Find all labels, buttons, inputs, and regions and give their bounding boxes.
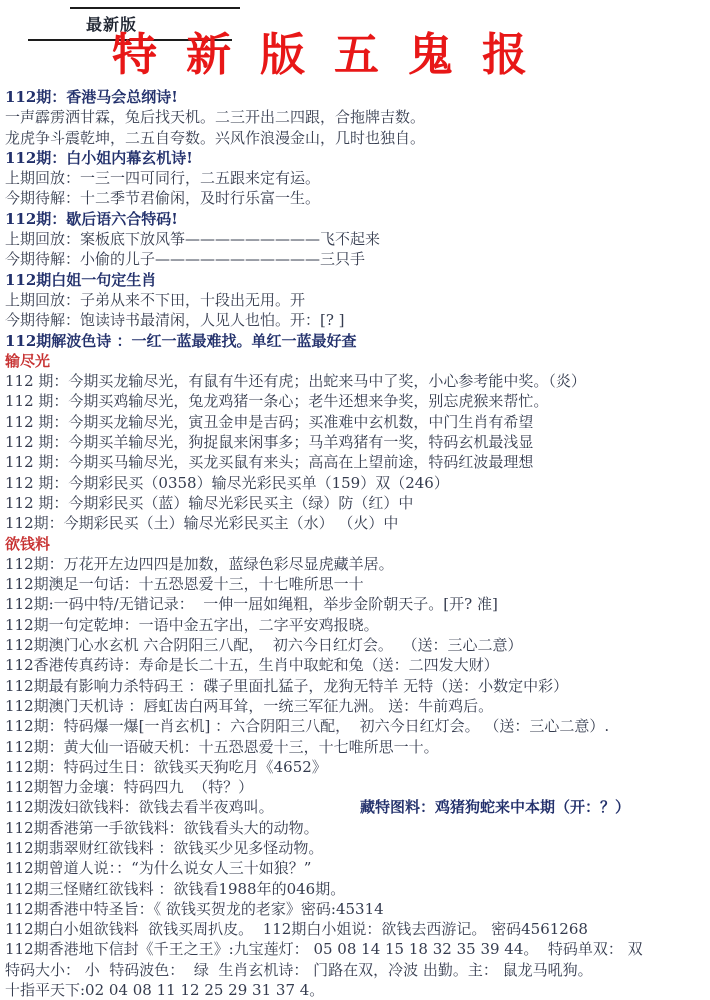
text-line: 112 期：今期买马输尽光，买龙买鼠有来头；高高在上望前途，特码红波最理想 [5, 452, 710, 472]
line-text: 112期泼妇欲钱料：欲钱去看半夜鸡叫。 [5, 798, 274, 816]
text-line: 一声霹雳洒甘霖，兔后找天机。二三开出二四跟，合拖牌吉数。 [5, 107, 710, 127]
line-text: 112期香港地下信封《千王之王》:九宝莲灯： 05 08 14 15 18 32… [5, 940, 643, 958]
line-text: 上期回放：案板底下放风筝—————————飞不起来 [5, 230, 380, 248]
line-text: 上期回放：一三一四可同行，二五跟来定有运。 [5, 169, 320, 187]
text-line: 112期：黄大仙一语破天机：十五恐恩爱十三，十七唯所思一十。 [5, 737, 710, 757]
text-line: 112期澳足一句话：十五恐恩爱十三，十七唯所思一十 [5, 574, 710, 594]
line-text: 112期智力金壤：特码四九 （特？） [5, 778, 253, 796]
line-text: 欲钱料 [5, 535, 50, 553]
text-line: 龙虎争斗震乾坤，二五自夸数。兴风作浪漫金山，几时也独自。 [5, 128, 710, 148]
line-text: 112期：歇后语六合特码! [5, 210, 178, 228]
text-line: 输尽光 [5, 351, 710, 371]
line-text: 112期解波色诗 ：一红一蓝最难找。单红一蓝最好查 [5, 332, 357, 350]
line-text: 112期：万花开左边四四是加数，蓝绿色彩尽显虎藏羊居。 [5, 555, 394, 573]
page-title: 特新版五鬼报 [112, 30, 556, 80]
badge-top-rule [70, 7, 240, 9]
line-text: 输尽光 [5, 352, 50, 370]
line-text: 今期待解：小偷的儿子———————————三只手 [5, 250, 365, 268]
line-text: 112期澳门天机诗 ：唇虹齿白两耳耸，一统三军征九洲。 送：牛前鸡后。 [5, 697, 493, 715]
text-line: 112期澳门天机诗 ：唇虹齿白两耳耸，一统三军征九洲。 送：牛前鸡后。 [5, 696, 710, 716]
line-text: 112期:一码中特/无错记录： 一伸一屈如绳粗，举步金阶朝天子。[开? 准] [5, 595, 498, 613]
line-text: 112香港传真药诗：寿命是长二十五，生肖中取蛇和兔（送：二四发大财） [5, 656, 499, 674]
text-line: 欲钱料 [5, 534, 710, 554]
text-line: 112 期：今期买鸡输尽光，兔龙鸡猪一条心；老牛还想来争奖，别忘虎猴来帮忙。 [5, 391, 710, 411]
text-line: 112期三怪赌红欲钱料 ：欲钱看1988年的046期。 [5, 879, 710, 899]
text-line: 112期白小姐欲钱料 欲钱买周扒皮。 112期白小姐说：欲钱去西游记。 密码45… [5, 919, 710, 939]
line-text: 上期回放：子弟从来不下田，十段出无用。开 [5, 291, 305, 309]
text-line: 112期一句定乾坤：一语中金五字出，二字平安鸡报晓。 [5, 615, 710, 635]
text-line: 上期回放：一三一四可同行，二五跟来定有运。 [5, 168, 710, 188]
line-text: 112期：黄大仙一语破天机：十五恐恩爱十三，十七唯所思一十。 [5, 738, 439, 756]
report-sheet: 最新版 特新版五鬼报 112期：香港马会总纲诗!一声霹雳洒甘霖，兔后找天机。二三… [0, 0, 710, 1000]
text-line: 112期：歇后语六合特码! [5, 209, 710, 229]
text-line: 特码大小： 小 特码波色： 绿 生肖玄机诗： 门路在双，冷波 出勤。主： 鼠龙马… [5, 960, 710, 980]
text-line: 上期回放：案板底下放风筝—————————飞不起来 [5, 229, 710, 249]
line-text: 112期澳门心水玄机 六合阴阳三八配， 初六今日红灯会。 （送：三心二意） [5, 636, 522, 654]
line-text: 龙虎争斗震乾坤，二五自夸数。兴风作浪漫金山，几时也独自。 [5, 129, 425, 147]
text-line: 112期：万花开左边四四是加数，蓝绿色彩尽显虎藏羊居。 [5, 554, 710, 574]
line-text: 今期待解：十二季节君偷闲，及时行乐富一生。 [5, 189, 320, 207]
text-line: 今期待解：饱读诗书最清闲，人见人也怕。开：[? ] [5, 310, 710, 330]
line-text: 112期一句定乾坤：一语中金五字出，二字平安鸡报晓。 [5, 616, 379, 634]
line-text: 112 期：今期买马输尽光，买龙买鼠有来头；高高在上望前途，特码红波最理想 [5, 453, 533, 471]
text-line: 112期:一码中特/无错记录： 一伸一屈如绳粗，举步金阶朝天子。[开? 准] [5, 594, 710, 614]
text-line: 112 期：今期买龙输尽光，寅丑金申是吉码；买准难中玄机数，中门生肖有希望 [5, 412, 710, 432]
line-text: 112期：特码过生日：欲钱买天狗吃月《4652》 [5, 758, 327, 776]
line-text: 112期白小姐欲钱料 欲钱买周扒皮。 112期白小姐说：欲钱去西游记。 密码45… [5, 920, 588, 938]
line-text: 112期：白小姐内幕玄机诗! [5, 149, 193, 167]
line-text: 112期白姐一句定生肖 [5, 271, 156, 289]
text-line: 112期：今期彩民买（土）输尽光彩民买主（水） （火）中 [5, 513, 710, 533]
line-text: 112期最有影响力杀特码王 ：碟子里面扎猛子，龙狗无特羊 无特（送：小数定中彩） [5, 677, 568, 695]
text-line: 112期香港第一手欲钱料：欲钱看头大的动物。 [5, 818, 710, 838]
text-line: 112期澳门心水玄机 六合阴阳三八配， 初六今日红灯会。 （送：三心二意） [5, 635, 710, 655]
line-text: 112 期：今期买鸡输尽光，兔龙鸡猪一条心；老牛还想来争奖，别忘虎猴来帮忙。 [5, 392, 548, 410]
line-text: 112 期：今期彩民买（蓝）输尽光彩民买主（绿）防（红）中 [5, 494, 413, 512]
text-line: 112期香港地下信封《千王之王》:九宝莲灯： 05 08 14 15 18 32… [5, 939, 710, 959]
line-text: 112期翡翠财红欲钱料 ：欲钱买少见多怪动物。 [5, 839, 323, 857]
text-line: 十指平天下:02 04 08 11 12 25 29 31 37 4。 [5, 980, 710, 1000]
line-text: 112期澳足一句话：十五恐恩爱十三，十七唯所思一十 [5, 575, 364, 593]
line-text: 112期：香港马会总纲诗! [5, 88, 178, 106]
line-text: 112 期：今期买龙输尽光，寅丑金申是吉码；买准难中玄机数，中门生肖有希望 [5, 413, 533, 431]
text-line: 112期曾道人说：：“为什么说女人三十如狼？” [5, 858, 710, 878]
text-line: 112期最有影响力杀特码王 ：碟子里面扎猛子，龙狗无特羊 无特（送：小数定中彩） [5, 676, 710, 696]
text-line: 112期：白小姐内幕玄机诗! [5, 148, 710, 168]
text-line: 112期解波色诗 ：一红一蓝最难找。单红一蓝最好查 [5, 331, 710, 351]
text-line: 112 期：今期买羊输尽光，狗捉鼠来闲事多；马羊鸡猪有一奖，特码玄机最浅显 [5, 432, 710, 452]
text-line: 112期：特码爆一爆[一肖玄机] ：六合阴阳三八配， 初六今日红灯会。 （送：三… [5, 716, 710, 736]
content-lines: 112期：香港马会总纲诗!一声霹雳洒甘霖，兔后找天机。二三开出二四跟，合拖牌吉数… [5, 87, 710, 1000]
line-text: 112期曾道人说：：“为什么说女人三十如狼？” [5, 859, 311, 877]
text-line: 112期白姐一句定生肖 [5, 270, 710, 290]
side-note: 藏特图料：鸡猪狗蛇来中本期（开：？） [360, 797, 630, 817]
text-line: 今期待解：十二季节君偷闲，及时行乐富一生。 [5, 188, 710, 208]
text-line: 112期香港中特圣旨：《 欲钱买贺龙的老家》密码:45314 [5, 899, 710, 919]
text-line: 112期：特码过生日：欲钱买天狗吃月《4652》 [5, 757, 710, 777]
text-line: 112香港传真药诗：寿命是长二十五，生肖中取蛇和兔（送：二四发大财） [5, 655, 710, 675]
line-text: 一声霹雳洒甘霖，兔后找天机。二三开出二四跟，合拖牌吉数。 [5, 108, 425, 126]
text-line: 112期智力金壤：特码四九 （特？） [5, 777, 710, 797]
line-text: 今期待解：饱读诗书最清闲，人见人也怕。开：[? ] [5, 311, 345, 329]
text-line: 112 期：今期买龙输尽光，有鼠有牛还有虎；出蛇来马中了奖，小心参考能中奖。（炎… [5, 371, 710, 391]
text-line: 112期：香港马会总纲诗! [5, 87, 710, 107]
line-text: 112期香港中特圣旨：《 欲钱买贺龙的老家》密码:45314 [5, 900, 384, 918]
line-text: 十指平天下:02 04 08 11 12 25 29 31 37 4。 [5, 981, 324, 999]
line-text: 112期：今期彩民买（土）输尽光彩民买主（水） （火）中 [5, 514, 398, 532]
line-text: 112期香港第一手欲钱料：欲钱看头大的动物。 [5, 819, 319, 837]
text-line: 112期泼妇欲钱料：欲钱去看半夜鸡叫。藏特图料：鸡猪狗蛇来中本期（开：？） [5, 797, 710, 817]
line-text: 112 期：今期买龙输尽光，有鼠有牛还有虎；出蛇来马中了奖，小心参考能中奖。（炎… [5, 372, 586, 390]
line-text: 特码大小： 小 特码波色： 绿 生肖玄机诗： 门路在双，冷波 出勤。主： 鼠龙马… [5, 961, 593, 979]
line-text: 112 期：今期买羊输尽光，狗捉鼠来闲事多；马羊鸡猪有一奖，特码玄机最浅显 [5, 433, 533, 451]
text-line: 112期翡翠财红欲钱料 ：欲钱买少见多怪动物。 [5, 838, 710, 858]
text-line: 上期回放：子弟从来不下田，十段出无用。开 [5, 290, 710, 310]
line-text: 112期三怪赌红欲钱料 ：欲钱看1988年的046期。 [5, 880, 345, 898]
text-line: 今期待解：小偷的儿子———————————三只手 [5, 249, 710, 269]
text-line: 112 期：今期彩民买（0358）输尽光彩民买单（159）双（246） [5, 473, 710, 493]
text-line: 112 期：今期彩民买（蓝）输尽光彩民买主（绿）防（红）中 [5, 493, 710, 513]
line-text: 112 期：今期彩民买（0358）输尽光彩民买单（159）双（246） [5, 474, 449, 492]
line-text: 112期：特码爆一爆[一肖玄机] ：六合阴阳三八配， 初六今日红灯会。 （送：三… [5, 717, 609, 735]
